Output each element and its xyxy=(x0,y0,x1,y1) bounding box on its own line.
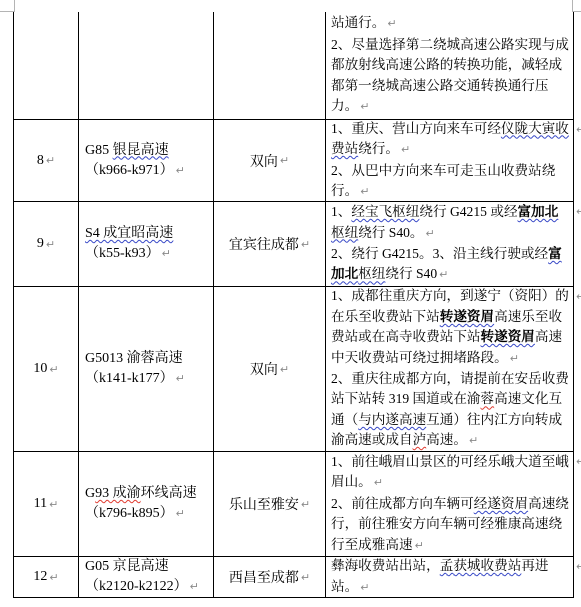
direction-text: 双向 xyxy=(250,151,278,171)
cell-number[interactable]: 10↵ xyxy=(14,287,79,452)
text-segment: 绕行 G4215 或经 xyxy=(419,204,517,219)
paragraph-mark-icon: ↵ xyxy=(280,363,289,376)
text-segment: 绕行 S40。 xyxy=(358,225,423,240)
cell-direction[interactable]: 双向↵ xyxy=(214,287,326,452)
text-segment: 高速。 xyxy=(426,432,467,447)
text-segment: 1、前往峨眉山景区的可经乐峨大道至峨眉山。 xyxy=(331,454,569,489)
detail-paragraph: 1、重庆、营山方向来车可经仪陇大寅收费站绕行。↵ xyxy=(331,120,571,161)
paragraph-mark-icon: ↵ xyxy=(176,507,185,520)
cell-number[interactable]: 12↵ xyxy=(14,557,79,598)
detail-paragraph: 站通行。↵ xyxy=(331,13,571,34)
text-segment: G85 xyxy=(85,143,113,158)
text-segment: 与内遂高速 xyxy=(358,412,426,427)
paragraph-mark-icon: ↵ xyxy=(190,580,199,593)
paragraph-mark-icon: ↵ xyxy=(360,185,369,198)
text-segment: 经宝飞枢纽 xyxy=(351,204,419,219)
table-row: 9↵S4 成宜昭高速（k55-k93）↵宜宾往成都↵1、经宝飞枢纽绕行 G421… xyxy=(14,202,575,287)
text-segment: 经遂资眉 xyxy=(474,496,528,511)
text-segment: G05 京昆高速 xyxy=(85,559,169,574)
paragraph-mark-icon: ↵ xyxy=(280,154,289,167)
paragraph-mark-icon: ↵ xyxy=(426,227,435,240)
detail-paragraph: 2、从巴中方向来车可走玉山收费站绕行。↵ xyxy=(331,161,571,203)
cell-detail[interactable]: 1、经宝飞枢纽绕行 G4215 或经富加北枢纽绕行 S40。↵2、绕行 G421… xyxy=(326,202,574,287)
paragraph-mark-icon: ↵ xyxy=(301,238,310,251)
text-segment: 富加北 xyxy=(518,204,559,219)
text-segment: （k55-k93） xyxy=(85,246,160,261)
paragraph-mark-icon: ↵ xyxy=(176,372,185,385)
text-segment: （k2120-k2122） xyxy=(85,579,188,594)
text-segment: G5013 渝蓉高速 xyxy=(85,351,183,366)
cell-direction[interactable]: 乐山至雅安↵ xyxy=(214,452,326,557)
highway-name-line: （k796-k895）↵ xyxy=(85,504,213,524)
cell-direction[interactable]: 西昌至成都↵ xyxy=(214,557,326,598)
document-page: 站通行。↵2、尽量选择第二绕城高速公路实现与成都放射线高速公路的转换功能，减轻成… xyxy=(0,0,581,607)
text-segment: 绕行。 xyxy=(358,141,399,156)
paragraph-mark-icon: ↵ xyxy=(360,100,369,113)
text-segment: 彝海收费站出站， xyxy=(331,558,440,573)
detail-paragraph: 1、经宝飞枢纽绕行 G4215 或经富加北枢纽绕行 S40。↵ xyxy=(331,202,571,244)
cell-highway-name[interactable]: S4 成宜昭高速（k55-k93）↵ xyxy=(79,202,214,287)
cell-direction[interactable]: 双向↵ xyxy=(214,120,326,202)
text-segment: 站通行。 xyxy=(331,15,385,30)
paragraph-mark-icon: ↵ xyxy=(49,498,58,511)
row-number: 10 xyxy=(33,361,47,377)
text-segment: 银昆高速 xyxy=(113,143,169,158)
table-row: 11↵G93 成渝环线高速（k796-k895）↵乐山至雅安↵1、前往峨眉山景区… xyxy=(14,452,575,557)
crop-mark-top-right xyxy=(572,0,573,11)
highway-name-line: S4 成宜昭高速 xyxy=(85,224,213,244)
paragraph-mark-icon: ↵ xyxy=(360,581,369,594)
paragraph-mark-icon: ↵ xyxy=(469,434,478,447)
cell-highway-name[interactable] xyxy=(79,12,214,120)
direction-text: 西昌至成都 xyxy=(229,567,299,587)
text-segment: 蓉 xyxy=(481,391,495,406)
text-segment: 枢纽 xyxy=(358,266,385,281)
cell-detail[interactable]: 1、前往峨眉山景区的可经乐峨大道至峨眉山。↵2、前往成都方向车辆可经遂资眉高速绕… xyxy=(326,452,574,557)
text-segment: 2、绕行 G4215。3、沿主线行驶或经 xyxy=(331,246,548,261)
paragraph-mark-icon: ↵ xyxy=(439,268,448,281)
cell-detail[interactable]: 1、成都往重庆方向，到遂宁（资阳）的在乐至收费站下站转遂资眉高速乐至收费站或在高… xyxy=(326,287,574,452)
cell-number[interactable]: 8↵ xyxy=(14,120,79,202)
cell-highway-name[interactable]: G05 京昆高速（k2120-k2122）↵ xyxy=(79,557,214,598)
text-segment: （k796-k895） xyxy=(85,506,174,521)
cell-highway-name[interactable]: G93 成渝环线高速（k796-k895）↵ xyxy=(79,452,214,557)
row-number: 12 xyxy=(33,569,47,585)
detail-paragraph: 1、成都往重庆方向，到遂宁（资阳）的在乐至收费站下站转遂资眉高速乐至收费站或在高… xyxy=(331,287,571,369)
highway-name-line: （k2120-k2122）↵ xyxy=(85,577,213,597)
paragraph-mark-icon: ↵ xyxy=(46,154,55,167)
paragraph-mark-icon: ↵ xyxy=(49,571,58,584)
table-row: 10↵G5013 渝蓉高速（k141-k177）↵双向↵1、成都往重庆方向，到遂… xyxy=(14,287,575,452)
highway-name-line: G5013 渝蓉高速 xyxy=(85,349,213,369)
row-end-mark-icon: ↵ xyxy=(576,123,581,136)
detail-paragraph: 2、重庆往成都方向，请提前在安岳收费站下站转 319 国道或在渝蓉高速文化互通（… xyxy=(331,369,571,452)
row-number: 8 xyxy=(37,153,44,169)
paragraph-mark-icon: ↵ xyxy=(49,363,58,376)
text-segment: S4 成宜昭高速 xyxy=(85,226,173,241)
text-segment: 枢纽 xyxy=(331,225,358,240)
text-segment: 孟获城收费站 xyxy=(440,558,522,573)
text-segment: G xyxy=(85,486,95,501)
table-row: 12↵G05 京昆高速（k2120-k2122）↵西昌至成都↵彝海收费站出站，孟… xyxy=(14,557,575,598)
cell-direction[interactable] xyxy=(214,12,326,120)
paragraph-mark-icon: ↵ xyxy=(401,143,410,156)
detail-paragraph: 2、前往成都方向车辆可经遂资眉高速绕行，前往雅安方向车辆可经雅康高速绕行至成雅高… xyxy=(331,494,571,556)
table-row: 站通行。↵2、尽量选择第二绕城高速公路实现与成都放射线高速公路的转换功能，减轻成… xyxy=(14,12,575,120)
row-end-mark-icon: ↵ xyxy=(576,290,581,303)
paragraph-mark-icon: ↵ xyxy=(301,571,310,584)
detail-paragraph: 2、尽量选择第二绕城高速公路实现与成都放射线高速公路的转换功能，减轻成都第一绕城… xyxy=(331,35,571,118)
direction-text: 宜宾往成都 xyxy=(229,234,299,254)
paragraph-mark-icon: ↵ xyxy=(374,476,383,489)
highway-name-line: （k966-k971）↵ xyxy=(85,161,213,181)
row-end-mark-icon: ↵ xyxy=(576,455,581,468)
cell-highway-name[interactable]: G5013 渝蓉高速（k141-k177）↵ xyxy=(79,287,214,452)
text-segment: 93 成渝 xyxy=(95,486,141,501)
text-segment: （k966-k971） xyxy=(85,163,174,178)
cell-detail[interactable]: 站通行。↵2、尽量选择第二绕城高速公路实现与成都放射线高速公路的转换功能，减轻成… xyxy=(326,12,574,120)
text-segment: 1、 xyxy=(331,204,351,219)
text-segment: 环线高速 xyxy=(141,486,197,501)
text-segment: 泸 xyxy=(413,432,427,447)
paragraph-mark-icon: ↵ xyxy=(510,352,519,365)
cell-number[interactable] xyxy=(14,12,79,120)
direction-text: 双向 xyxy=(250,359,278,379)
cell-direction[interactable]: 宜宾往成都↵ xyxy=(214,202,326,287)
text-segment: （k141-k177） xyxy=(85,371,174,386)
paragraph-mark-icon: ↵ xyxy=(176,164,185,177)
highway-name-line: （k55-k93）↵ xyxy=(85,244,213,264)
cell-number[interactable]: 9↵ xyxy=(14,202,79,287)
direction-text: 乐山至雅安 xyxy=(229,494,299,514)
paragraph-mark-icon: ↵ xyxy=(301,498,310,511)
text-segment: 转遂资眉 xyxy=(481,329,535,344)
highway-name-line: G85 银昆高速 xyxy=(85,141,213,161)
detail-paragraph: 彝海收费站出站，孟获城收费站再进站。↵ xyxy=(331,557,571,598)
row-number: 9 xyxy=(37,236,44,252)
text-segment: 1、重庆、营山方向来车可经 xyxy=(331,121,501,136)
detail-paragraph: 2、绕行 G4215。3、沿主线行驶或经富加北枢纽绕行 S40↵ xyxy=(331,244,571,286)
paragraph-mark-icon: ↵ xyxy=(46,238,55,251)
paragraph-mark-icon: ↵ xyxy=(415,539,424,552)
highway-name-line: （k141-k177）↵ xyxy=(85,369,213,389)
row-number: 11 xyxy=(34,496,47,512)
detail-paragraph: 1、前往峨眉山景区的可经乐峨大道至峨眉山。↵ xyxy=(331,452,571,494)
highway-detour-table: 站通行。↵2、尽量选择第二绕城高速公路实现与成都放射线高速公路的转换功能，减轻成… xyxy=(13,12,575,598)
text-segment: 绕行 S40 xyxy=(385,266,437,281)
paragraph-mark-icon: ↵ xyxy=(387,17,396,30)
crop-mark-top-left xyxy=(14,0,15,11)
cell-detail[interactable]: 1、重庆、营山方向来车可经仪陇大寅收费站绕行。↵2、从巴中方向来车可走玉山收费站… xyxy=(326,120,574,202)
cell-detail[interactable]: 彝海收费站出站，孟获城收费站再进站。↵ xyxy=(326,557,574,598)
row-end-mark-icon: ↵ xyxy=(576,560,581,573)
cell-number[interactable]: 11↵ xyxy=(14,452,79,557)
row-end-mark-icon: ↵ xyxy=(576,205,581,218)
table-row: 8↵G85 银昆高速（k966-k971）↵双向↵1、重庆、营山方向来车可经仪陇… xyxy=(14,120,575,202)
text-segment: 2、前往成都方向车辆可 xyxy=(331,496,474,511)
highway-name-line: G93 成渝环线高速 xyxy=(85,484,213,504)
paragraph-mark-icon: ↵ xyxy=(162,247,171,260)
cell-highway-name[interactable]: G85 银昆高速（k966-k971）↵ xyxy=(79,120,214,202)
highway-name-line: G05 京昆高速 xyxy=(85,557,213,577)
text-segment: 转遂资眉 xyxy=(440,309,494,324)
